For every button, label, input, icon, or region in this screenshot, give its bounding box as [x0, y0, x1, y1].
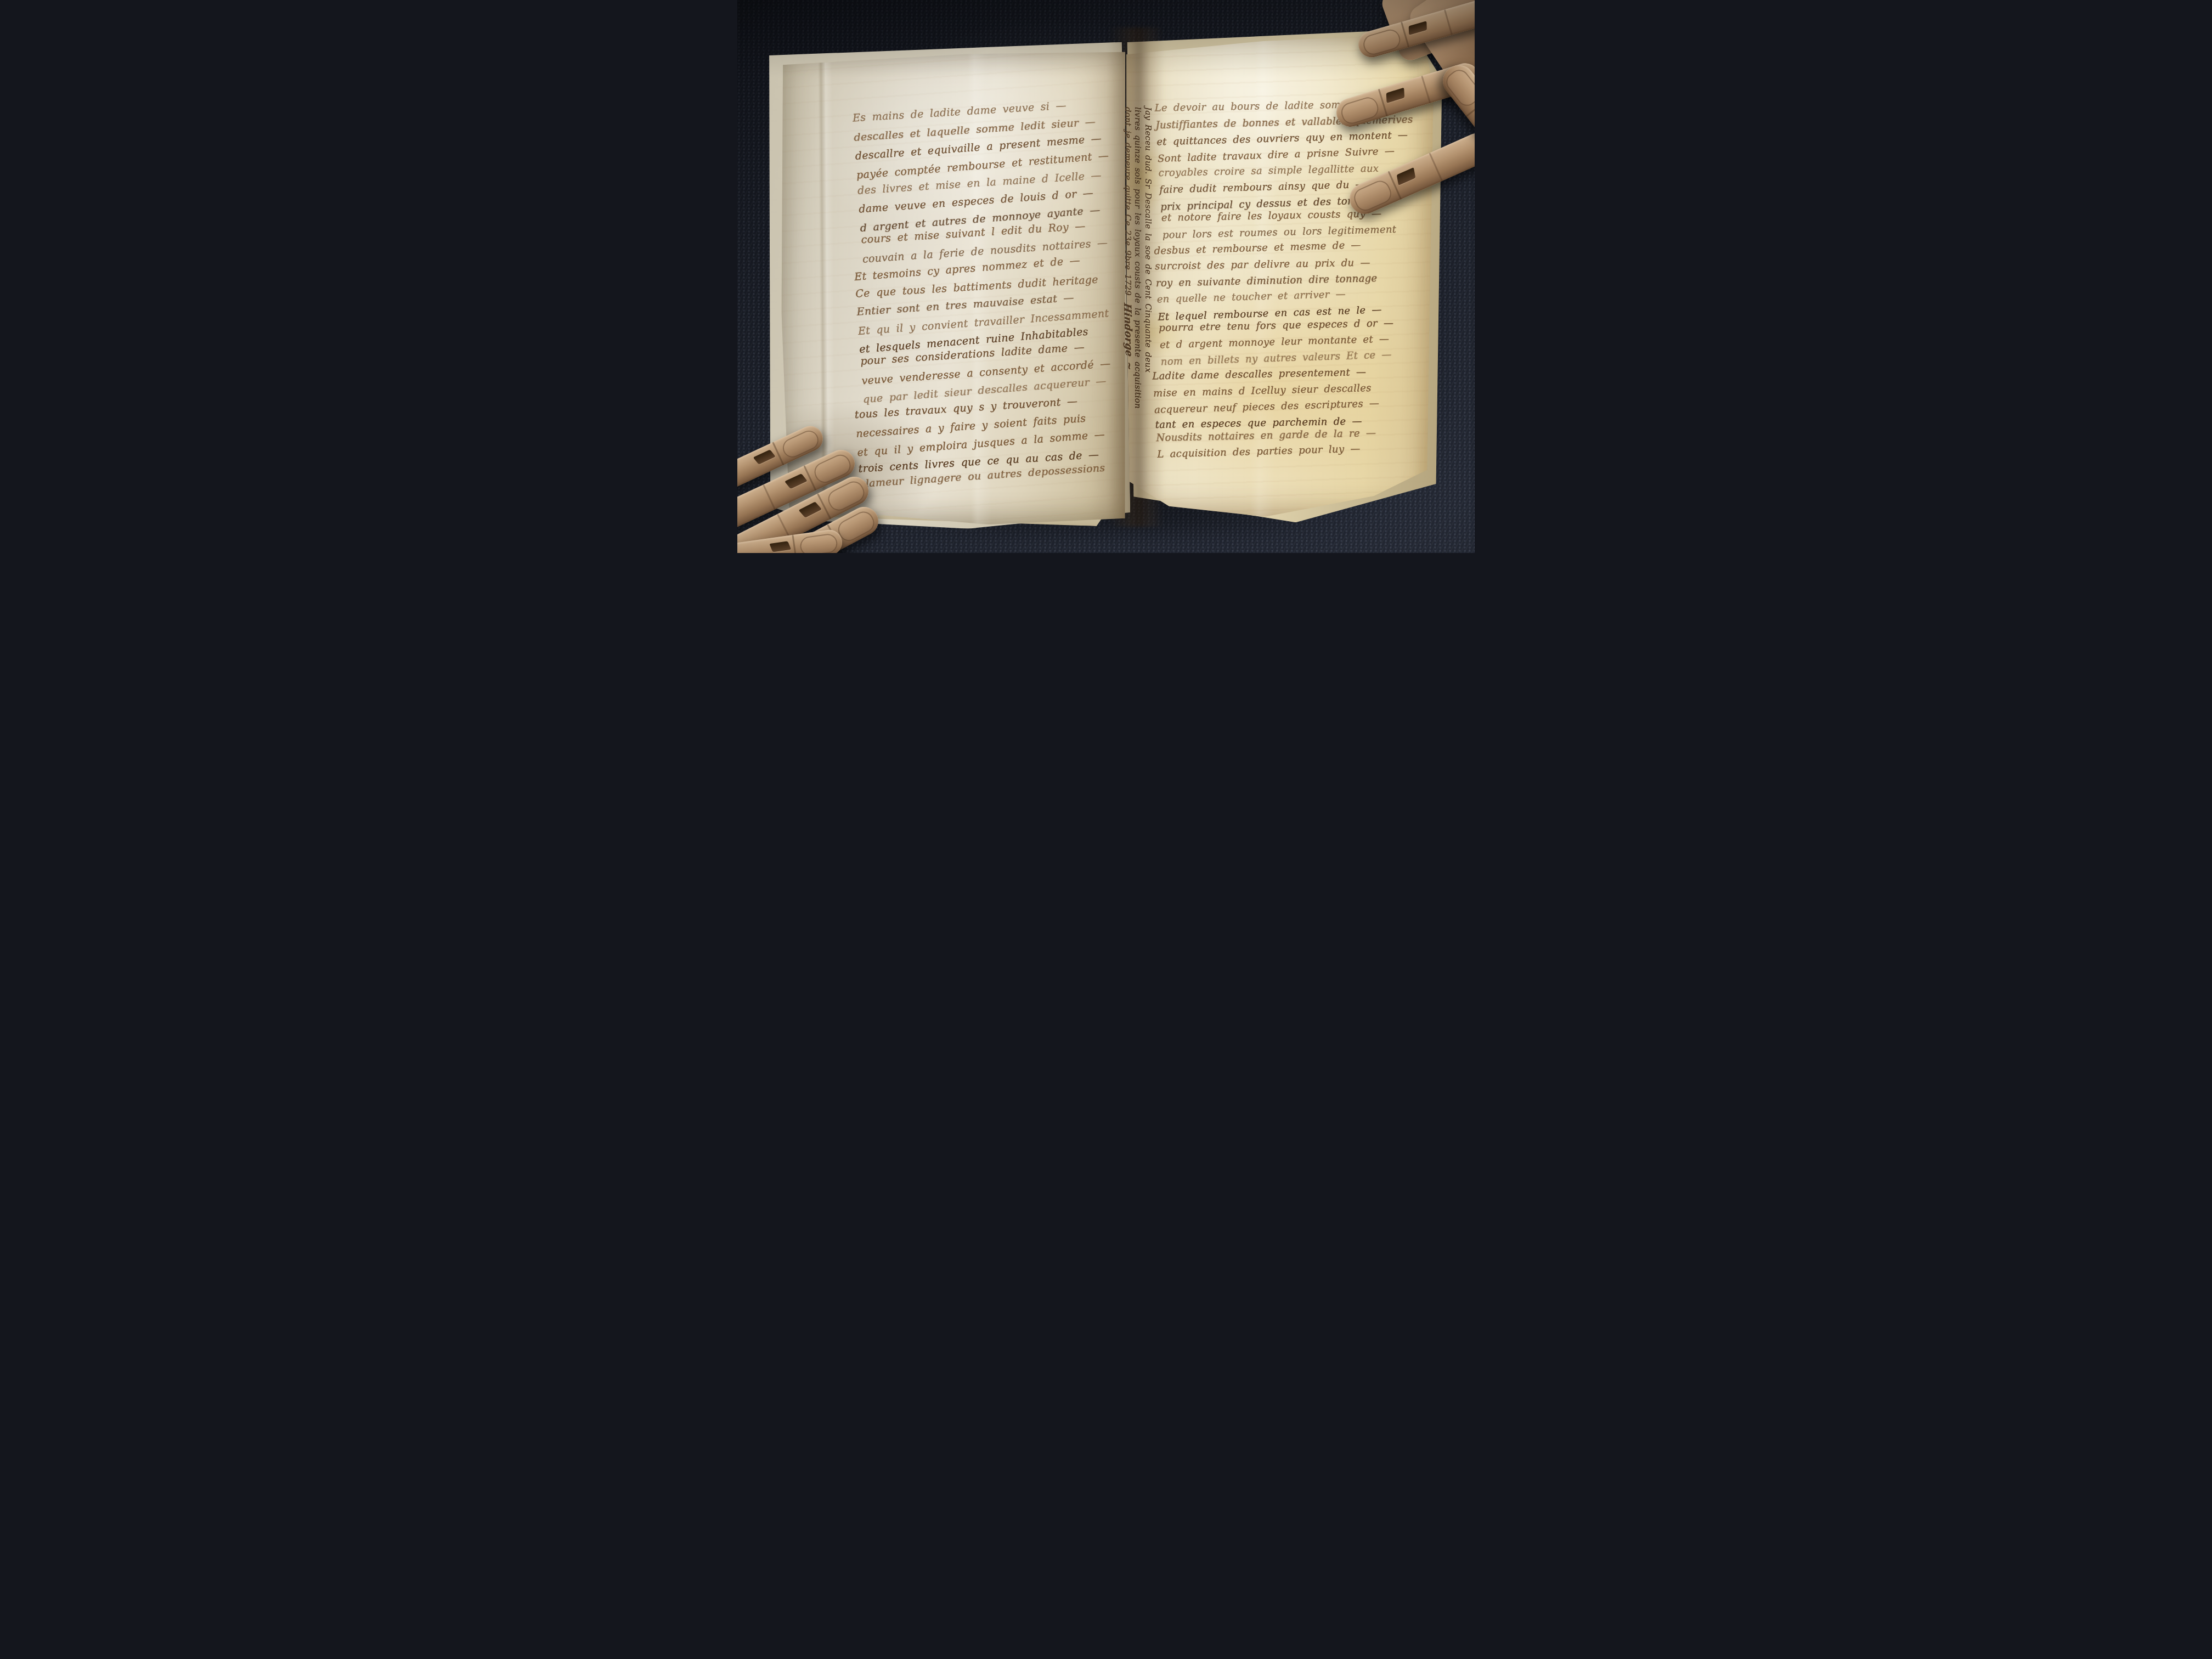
finger-joint-line: [1466, 96, 1475, 117]
manuscript-line: pour lors est roumes ou lors legitimemen…: [1162, 224, 1396, 241]
finger-joint-line: [1444, 9, 1453, 35]
finger-joint-slot: [769, 541, 791, 552]
manuscript-line: et quittances des ouvriers quy en monten…: [1156, 129, 1408, 148]
manuscript-photo: Es mains de ladite dame veuve si —descal…: [737, 0, 1475, 553]
finger-joint-line: [792, 535, 797, 553]
manuscript-line: L acquisition des parties pour luy —: [1157, 443, 1361, 460]
manuscript-line: desbus et rembourse et mesme de —: [1154, 239, 1361, 257]
manuscript-line: roy en suivante diminution dire tonnage: [1156, 273, 1378, 289]
manuscript-line: nom en billets ny autres valeurs Et ce —: [1160, 349, 1392, 368]
manuscript-line: Justiffiantes de bonnes et vallables que…: [1155, 114, 1413, 131]
finger-nail: [799, 533, 838, 553]
wooden-thumb: [1437, 59, 1475, 143]
finger-nail: [1442, 66, 1475, 110]
manuscript-line: et d argent monnoye leur montante et —: [1160, 333, 1390, 351]
finger-joint-slot: [809, 533, 832, 549]
manuscript-line: mise en mains d Icelluy sieur descalles: [1153, 382, 1372, 399]
gutter-shadow: [1108, 27, 1164, 527]
manuscript-line: Le devoir au bours de ladite somme en —: [1155, 98, 1391, 114]
manuscript-line: faire dudit rembours ainsy que du —: [1159, 179, 1365, 196]
left-page-text: Es mains de ladite dame veuve si —descal…: [857, 106, 1120, 492]
manuscript-line: en quelle ne toucher et arriver —: [1156, 289, 1346, 306]
page-left: Es mains de ladite dame veuve si —descal…: [774, 48, 1128, 528]
right-page-text: Le devoir au bours de ladite somme en —J…: [1156, 101, 1421, 482]
page-right: Le devoir au bours de ladite somme en —J…: [1119, 33, 1434, 518]
manuscript-line: Ladite dame descalles presentement —: [1152, 366, 1366, 382]
manuscript-line: acquereur neuf pieces des escriptures —: [1154, 398, 1380, 416]
manuscript-line: croyables croire sa simple legallitte au…: [1158, 163, 1379, 179]
manuscript-line: Sont ladite travaux dire a prisne Suivre…: [1158, 145, 1395, 165]
manuscript-line: surcroist des par delivre au prix du —: [1155, 257, 1370, 272]
